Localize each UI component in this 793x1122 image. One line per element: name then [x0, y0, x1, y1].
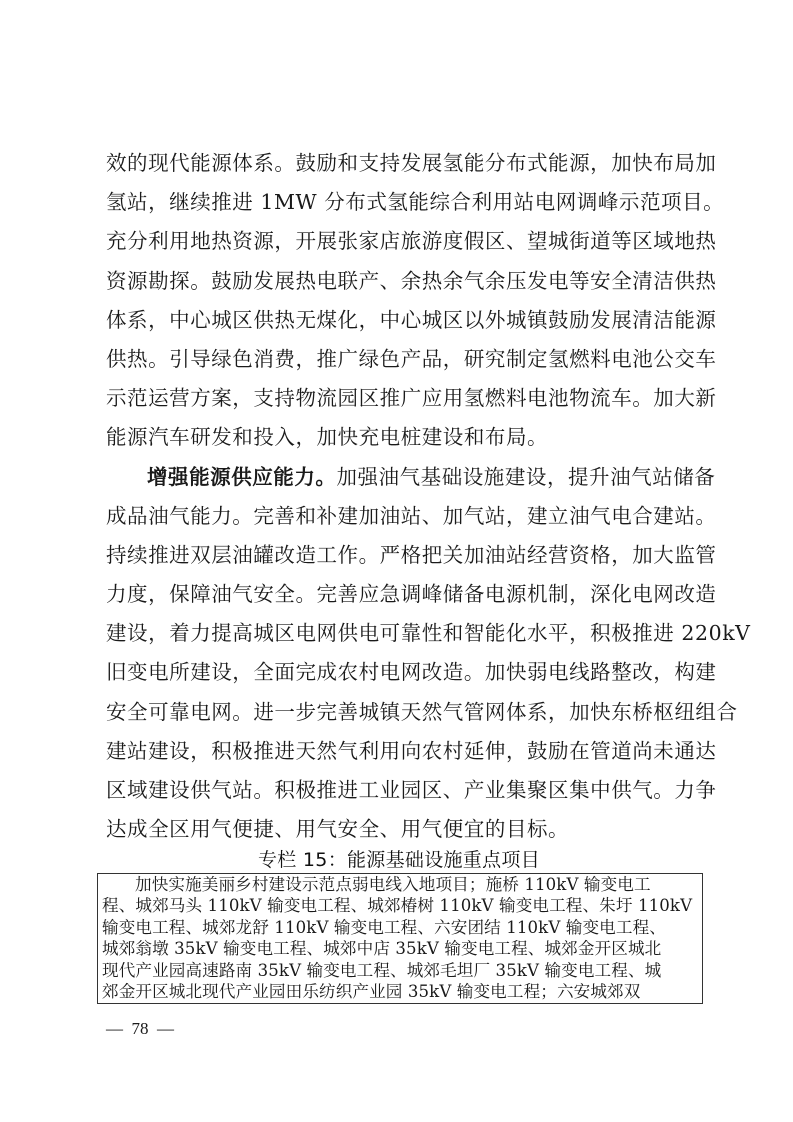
paragraph-line: 建站建设，积极推进天然气利用向农村延伸，鼓励在管道尚未通达: [106, 732, 698, 771]
paragraph-line: 供热。引导绿色消费，推广绿色产品，研究制定氢燃料电池公交车: [106, 340, 698, 379]
paragraph-line: 区域建设供气站。积极推进工业园区、产业集聚区集中供气。力争: [106, 771, 698, 810]
paragraph-line: 旧变电所建设，全面完成农村电网改造。加快弱电线路整改，构建: [106, 653, 698, 692]
paragraph-line: 建设，着力提高城区电网供电可靠性和智能化水平，积极推进 220kV: [106, 614, 698, 653]
paragraph-line: 示范运营方案，支持物流园区推广应用氢燃料电池物流车。加大新: [106, 379, 698, 418]
paragraph-line: 力度，保障油气安全。完善应急调峰储备电源机制，深化电网改造: [106, 575, 698, 614]
body-text: 效的现代能源体系。鼓励和支持发展氢能分布式能源，加快布局加 氢站，继续推进 1M…: [106, 144, 698, 849]
box-line: 城郊翁墩 35kV 输变电工程、城郊中店 35kV 输变电工程、城郊金开区城北: [102, 938, 702, 959]
paragraph-line: 充分利用地热资源，开展张家店旅游度假区、望城街道等区域地热: [106, 222, 698, 261]
box-line: 输变电工程、城郊龙舒 110kV 输变电工程、六安团结 110kV 输变电工程、: [102, 917, 702, 938]
box-line: 加快实施美丽乡村建设示范点弱电线入地项目；施桥 110kV 输变电工: [102, 874, 702, 895]
box-line: 程、城郊马头 110kV 输变电工程、城郊椿树 110kV 输变电工程、朱圩 1…: [102, 895, 702, 916]
box-line: 郊金开区城北现代产业园田乐纺织产业园 35kV 输变电工程；六安城郊双: [102, 981, 702, 1002]
paragraph-text: 加强油气基础设施建设，提升油气站储备: [336, 465, 715, 489]
paragraph-line: 能源汽车研发和投入，加快充电桩建设和布局。: [106, 418, 698, 457]
paragraph-line: 增强能源供应能力。加强油气基础设施建设，提升油气站储备: [106, 458, 698, 497]
box-line: 现代产业园高速路南 35kV 输变电工程、城郊毛坦厂 35kV 输变电工程、城: [102, 960, 702, 981]
paragraph-line: 达成全区用气便捷、用气安全、用气便宜的目标。: [106, 810, 698, 849]
document-page: 效的现代能源体系。鼓励和支持发展氢能分布式能源，加快布局加 氢站，继续推进 1M…: [0, 0, 793, 1122]
paragraph-line: 氢站，继续推进 1MW 分布式氢能综合利用站电网调峰示范项目。: [106, 183, 698, 222]
page-number: — 78 —: [106, 1018, 174, 1040]
paragraph-line: 持续推进双层油罐改造工作。严格把关加油站经营资格，加大监管: [106, 536, 698, 575]
paragraph-line: 体系，中心城区供热无煤化，中心城区以外城镇鼓励发展清洁能源: [106, 301, 698, 340]
paragraph-line: 成品油气能力。完善和补建加油站、加气站，建立油气电合建站。: [106, 497, 698, 536]
section-heading: 增强能源供应能力。: [147, 465, 336, 489]
paragraph-line: 安全可靠电网。进一步完善城镇天然气管网体系，加快东桥枢纽组合: [106, 693, 698, 732]
box-title: 专栏 15：能源基础设施重点项目: [97, 848, 701, 872]
project-box: 加快实施美丽乡村建设示范点弱电线入地项目；施桥 110kV 输变电工 程、城郊马…: [97, 873, 703, 1004]
paragraph-line: 效的现代能源体系。鼓励和支持发展氢能分布式能源，加快布局加: [106, 144, 698, 183]
paragraph-line: 资源勘探。鼓励发展热电联产、余热余气余压发电等安全清洁供热: [106, 262, 698, 301]
